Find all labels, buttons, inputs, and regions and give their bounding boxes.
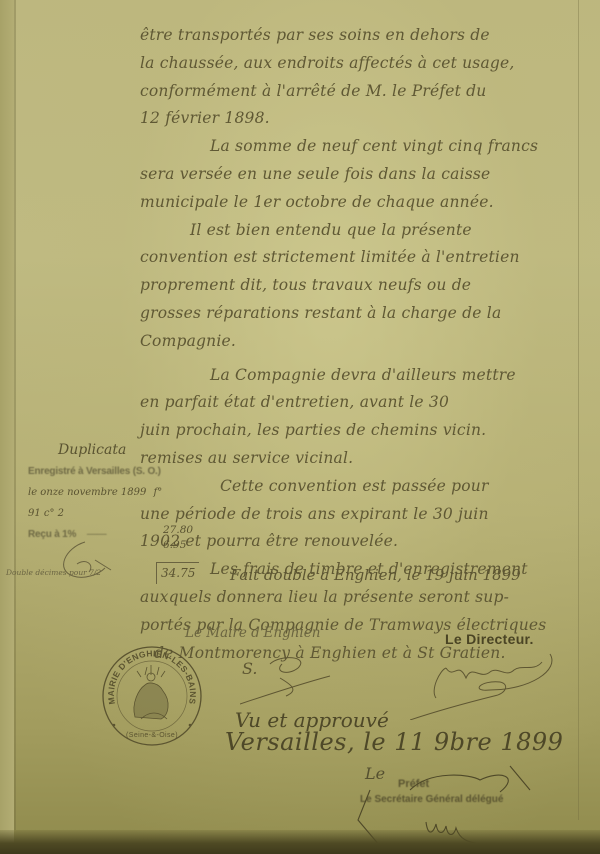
body-line: la chaussée, aux endroits affectés à cet… [140,50,580,78]
paragraph-scope: Il est bien entendu que la présente conv… [140,217,580,356]
body-line: La Compagnie devra d'ailleurs mettre [140,362,580,390]
body-line: une période de trois ans expirant le 30 … [140,501,580,529]
prefect-approval: Vu et approuvé Versailles, le 11 9bre 18… [225,708,563,756]
registered-at-stamp: Enregistré à Versailles (S. O.) [28,461,178,482]
body-line: Compagnie. [140,328,580,356]
approval-line-2: Versailles, le 11 9bre 1899 [225,728,563,756]
body-line: Cette convention est passée pour [140,473,580,501]
body-line: auxquels donnera lieu la présente seront… [140,584,580,612]
page-fold-line [14,0,16,830]
paragraph-maintenance: La Compagnie devra d'ailleurs mettre en … [140,362,580,473]
body-line: remises au service vicinal. [140,445,580,473]
registration-stamp-block: Duplicata Enregistré à Versailles (S. O.… [28,440,178,545]
body-line: convention est strictement limitée à l'e… [140,244,580,272]
body-line: en parfait état d'entretien, avant le 30 [140,389,580,417]
body-line: être transportés par ses soins en dehors… [140,22,580,50]
body-line: proprement dit, tous travaux neufs ou de [140,272,580,300]
body-line: grosses réparations restant à la charge … [140,300,580,328]
svg-text:S.: S. [242,659,257,678]
mayor-signature-icon: S. [240,650,380,705]
paragraph-duration: Cette convention est passée pour une pér… [140,473,580,556]
body-line: La somme de neuf cent vingt cinq francs [140,133,580,161]
duplicata-label: Duplicata [28,440,178,461]
director-stamp: Le Directeur. [445,631,534,647]
registrar-signature-icon [55,540,115,580]
fee-amount-2: 6.95 [163,535,186,556]
mairie-seal-icon: MAIRIE D'ENGHIEN-LES-BAINS (Seine-&-Oise… [101,645,203,747]
body-line: Il est bien entendu que la présente [140,217,580,245]
registration-date: le onze novembre 1899 f° 91 c° 2 [28,482,178,524]
body-line: sera versée en une seule fois dans la ca… [140,161,580,189]
body-line: conformément à l'arrêté de M. le Préfet … [140,78,580,106]
body-line: 1902 et pourra être renouvelée. [140,528,580,556]
mayor-label: Le Maire d'Enghien [185,625,320,641]
body-line: juin prochain, les parties de chemins vi… [140,417,580,445]
body-line: municipale le 1er octobre de chaque anné… [140,189,580,217]
scan-bottom-shadow [0,830,600,854]
fee-total: 34.75 [156,562,199,584]
body-line: 12 février 1898. [140,105,580,133]
svg-text:(Seine-&-Oise): (Seine-&-Oise) [126,732,178,739]
adjacent-page-edge [0,0,14,854]
paragraph-payment: La somme de neuf cent vingt cinq francs … [140,133,580,216]
place-date-line: Fait double à Enghien, le 19 juin 1899 [230,566,521,584]
